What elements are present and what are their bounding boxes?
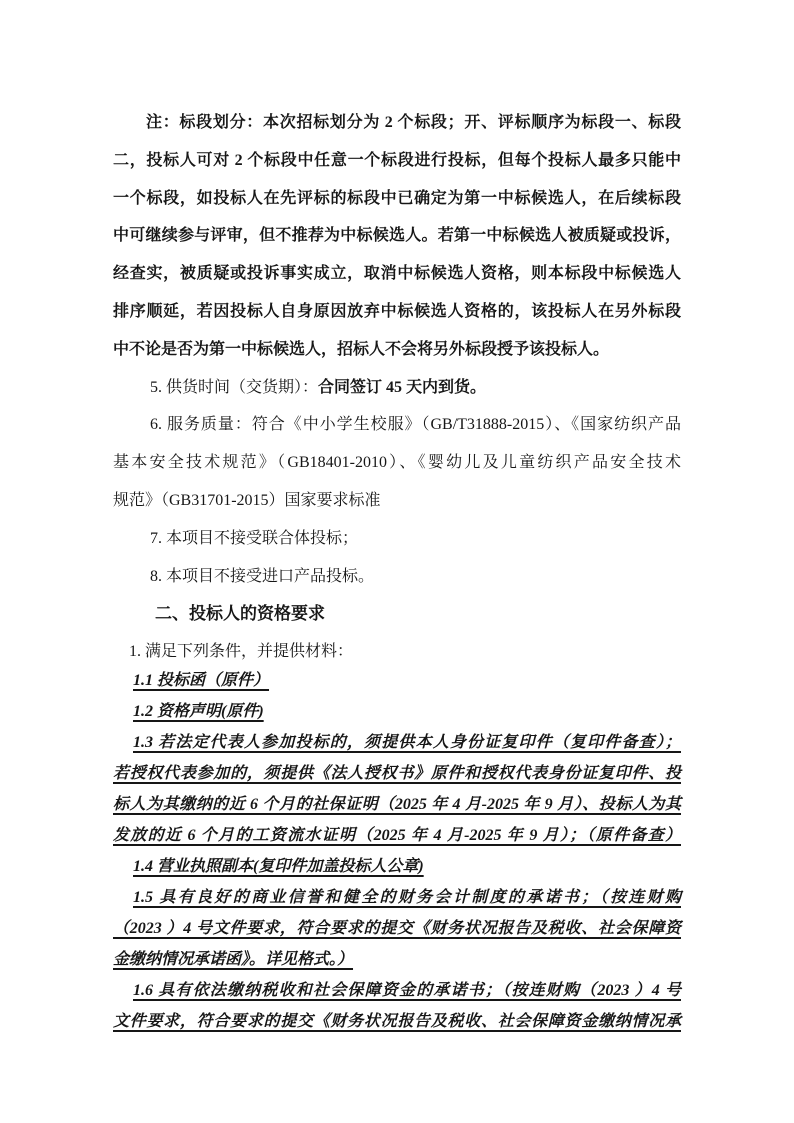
qual-item-1-4: 1.4 营业执照副本(复印件加盖投标人公章) xyxy=(113,851,681,882)
note-paragraph-line: 一个标段，如投标人在先评标的标段中已确定为第一中标候选人，在后续标段 xyxy=(113,180,681,218)
qual-item-1-1: 1.1 投标函（原件） xyxy=(113,665,681,696)
item-7-line: 7. 本项目不接受联合体投标； xyxy=(113,520,681,558)
item-6-quality-line: 规范》（GB31701-2015）国家要求标准 xyxy=(113,482,681,520)
qual-item-1-5-line: （2023 ）4 号文件要求，符合要求的提交《财务状况报告及税收、社会保障资 xyxy=(113,913,681,944)
qualification-list: 1.1 投标函（原件） 1.2 资格声明(原件) 1.3 若法定代表人参加投标的… xyxy=(113,665,681,1037)
qual-item-1-3-line: 发放的近 6 个月的工资流水证明（2025 年 4 月-2025 年 9 月）；… xyxy=(113,820,681,851)
qual-item-1-2: 1.2 资格声明(原件) xyxy=(113,696,681,727)
note-paragraph-line: 中可继续参与评审，但不推荐为中标候选人。若第一中标候选人被质疑或投诉， xyxy=(113,217,681,255)
item-6-quality-line: 基本安全技术规范》（GB18401-2010）、《婴幼儿及儿童纺织产品安全技术 xyxy=(113,444,681,482)
qual-item-1-6-line: 文件要求，符合要求的提交《财务状况报告及税收、社会保障资金缴纳情况承 xyxy=(113,1006,681,1037)
note-paragraph-line: 经查实，被质疑或投诉事实成立，取消中标候选人资格，则本标段中标候选人 xyxy=(113,255,681,293)
note-paragraph-line: 排序顺延，若因投标人自身原因放弃中标候选人资格的，该投标人在另外标段 xyxy=(113,293,681,331)
item-5-label: 5. 供货时间（交货期）： xyxy=(150,379,318,396)
section-2-heading: 二、投标人的资格要求 xyxy=(113,595,681,633)
qual-item-1-5-line: 1.5 具有良好的商业信誉和健全的财务会计制度的承诺书；（按连财购 xyxy=(113,882,681,913)
item-5-value: 合同签订 45 天内到货。 xyxy=(318,379,486,396)
qual-item-1-3-line: 标人为其缴纳的近 6 个月的社保证明（2025 年 4 月-2025 年 9 月… xyxy=(113,789,681,820)
note-paragraph-line: 注：标段划分：本次招标划分为 2 个标段；开、评标顺序为标段一、标段 xyxy=(113,104,681,142)
qual-item-1-3-line: 1.3 若法定代表人参加投标的，须提供本人身份证复印件（复印件备查）； xyxy=(113,727,681,758)
qual-item-1-6-line: 1.6 具有依法缴纳税收和社会保障资金的承诺书；（按连财购（2023 ）4 号 xyxy=(113,975,681,1006)
qual-item-1-5-line: 金缴纳情况承诺函》。详见格式。） xyxy=(113,944,681,975)
page-text-block: 注：标段划分：本次招标划分为 2 个标段；开、评标顺序为标段一、标段 二，投标人… xyxy=(113,104,681,1037)
note-paragraph-line: 中不论是否为第一中标候选人，招标人不会将另外标段授予该投标人。 xyxy=(113,331,681,369)
item-5-delivery-line: 5. 供货时间（交货期）：合同签订 45 天内到货。 xyxy=(113,369,681,407)
item-8-line: 8. 本项目不接受进口产品投标。 xyxy=(113,558,681,596)
document-page: 注：标段划分：本次招标划分为 2 个标段；开、评标顺序为标段一、标段 二，投标人… xyxy=(0,0,794,1123)
qual-item-1-3-line: 若授权代表参加的，须提供《法人授权书》原件和授权代表身份证复印件、投 xyxy=(113,758,681,789)
note-paragraph-line: 二，投标人可对 2 个标段中任意一个标段进行投标，但每个投标人最多只能中 xyxy=(113,142,681,180)
item-6-quality-line: 6. 服务质量：符合《中小学生校服》（GB/T31888-2015）、《国家纺织… xyxy=(113,406,681,444)
